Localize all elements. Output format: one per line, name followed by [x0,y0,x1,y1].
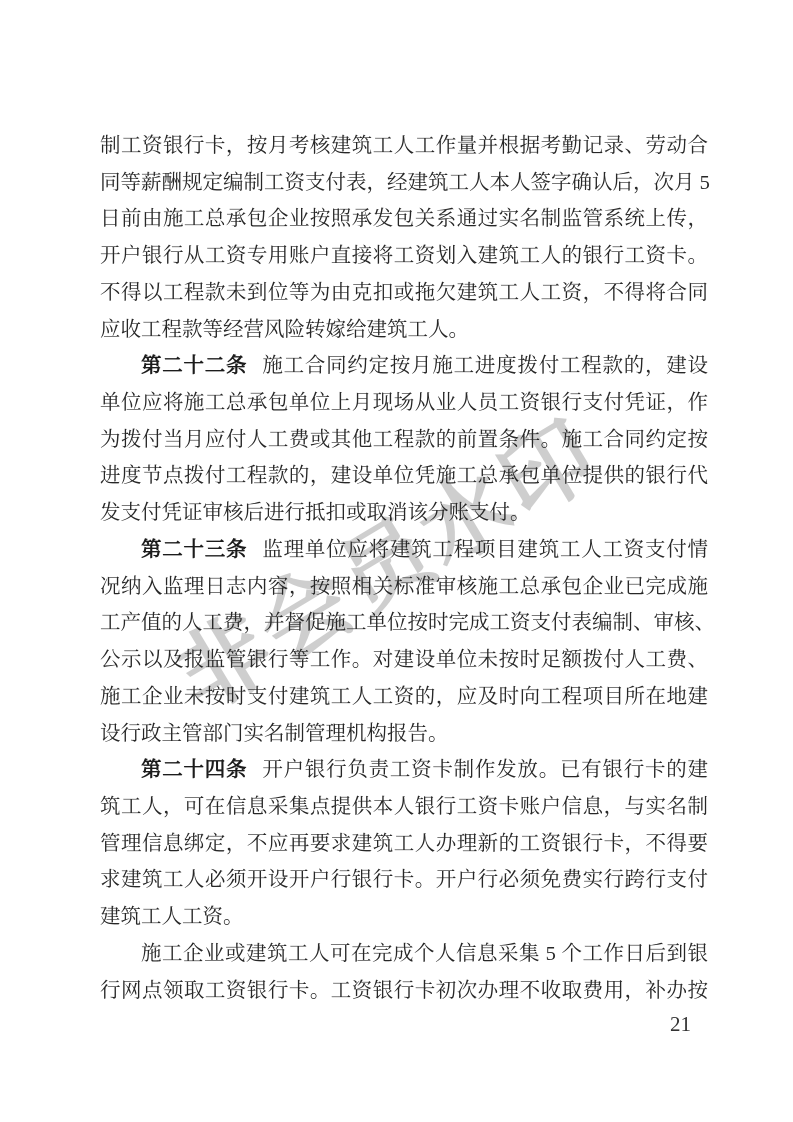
article-number: 第二十二条 [141,354,247,377]
text-line: 第二十二条施工合同约定按月施工进度拨付工程款的，建设 [100,348,708,385]
text-line: 应收工程款等经营风险转嫁给建筑工人。 [100,312,708,349]
text-line: 行网点领取工资银行卡。工资银行卡初次办理不收取费用，补办按 [100,973,708,1010]
text-line: 施工企业或建筑工人可在完成个人信息采集 5 个工作日后到银 [100,936,708,973]
paragraph: 第二十四条开户银行负责工资卡制作发放。已有银行卡的建 筑工人，可在信息采集点提供… [100,752,708,936]
text-line: 日前由施工总承包企业按照承发包关系通过实名制监管系统上传， [100,201,708,238]
text-line: 第二十三条监理单位应将建筑工程项目建筑工人工资支付情 [100,532,708,569]
text-line: 不得以工程款未到位等为由克扣或拖欠建筑工人工资，不得将合同 [100,275,708,312]
text-line: 第二十四条开户银行负责工资卡制作发放。已有银行卡的建 [100,752,708,789]
article-number: 第二十四条 [141,758,247,781]
text-line: 设行政主管部门实名制管理机构报告。 [100,716,708,753]
document-body: 制工资银行卡，按月考核建筑工人工作量并根据考勤记录、劳动合 同等薪酬规定编制工资… [100,128,708,1009]
text-line: 工产值的人工费，并督促施工单位按时完成工资支付表编制、审核、 [100,605,708,642]
article-text: 施工合同约定按月施工进度拨付工程款的，建设 [262,355,708,377]
document-page: 非会员水印 制工资银行卡，按月考核建筑工人工作量并根据考勤记录、劳动合 同等薪酬… [0,0,793,1122]
paragraph: 制工资银行卡，按月考核建筑工人工作量并根据考勤记录、劳动合 同等薪酬规定编制工资… [100,128,708,348]
text-line: 进度节点拨付工程款的，建设单位凭施工总承包单位提供的银行代 [100,458,708,495]
text-line: 况纳入监理日志内容，按照相关标准审核施工总承包企业已完成施 [100,569,708,606]
paragraph: 第二十二条施工合同约定按月施工进度拨付工程款的，建设 单位应将施工总承包单位上月… [100,348,708,532]
text-line: 管理信息绑定，不应再要求建筑工人办理新的工资银行卡，不得要 [100,826,708,863]
text-line: 制工资银行卡，按月考核建筑工人工作量并根据考勤记录、劳动合 [100,128,708,165]
text-line: 发支付凭证审核后进行抵扣或取消该分账支付。 [100,495,708,532]
page-number: 21 [670,1012,691,1037]
text-line: 求建筑工人必须开设开户行银行卡。开户行必须免费实行跨行支付 [100,862,708,899]
article-number: 第二十三条 [141,538,247,561]
paragraph: 第二十三条监理单位应将建筑工程项目建筑工人工资支付情 况纳入监理日志内容，按照相… [100,532,708,752]
article-text: 监理单位应将建筑工程项目建筑工人工资支付情 [262,539,708,561]
text-line: 公示以及报监管银行等工作。对建设单位未按时足额拨付人工费、 [100,642,708,679]
text-line: 开户银行从工资专用账户直接将工资划入建筑工人的银行工资卡。 [100,238,708,275]
text-line: 筑工人，可在信息采集点提供本人银行工资卡账户信息，与实名制 [100,789,708,826]
text-line: 建筑工人工资。 [100,899,708,936]
paragraph: 施工企业或建筑工人可在完成个人信息采集 5 个工作日后到银 行网点领取工资银行卡… [100,936,708,1009]
text-line: 单位应将施工总承包单位上月现场从业人员工资银行支付凭证，作 [100,385,708,422]
article-text: 开户银行负责工资卡制作发放。已有银行卡的建 [262,759,708,781]
text-line: 施工企业未按时支付建筑工人工资的，应及时向工程项目所在地建 [100,679,708,716]
text-line: 同等薪酬规定编制工资支付表，经建筑工人本人签字确认后，次月 5 [100,165,708,202]
text-line: 为拨付当月应付人工费或其他工程款的前置条件。施工合同约定按 [100,422,708,459]
